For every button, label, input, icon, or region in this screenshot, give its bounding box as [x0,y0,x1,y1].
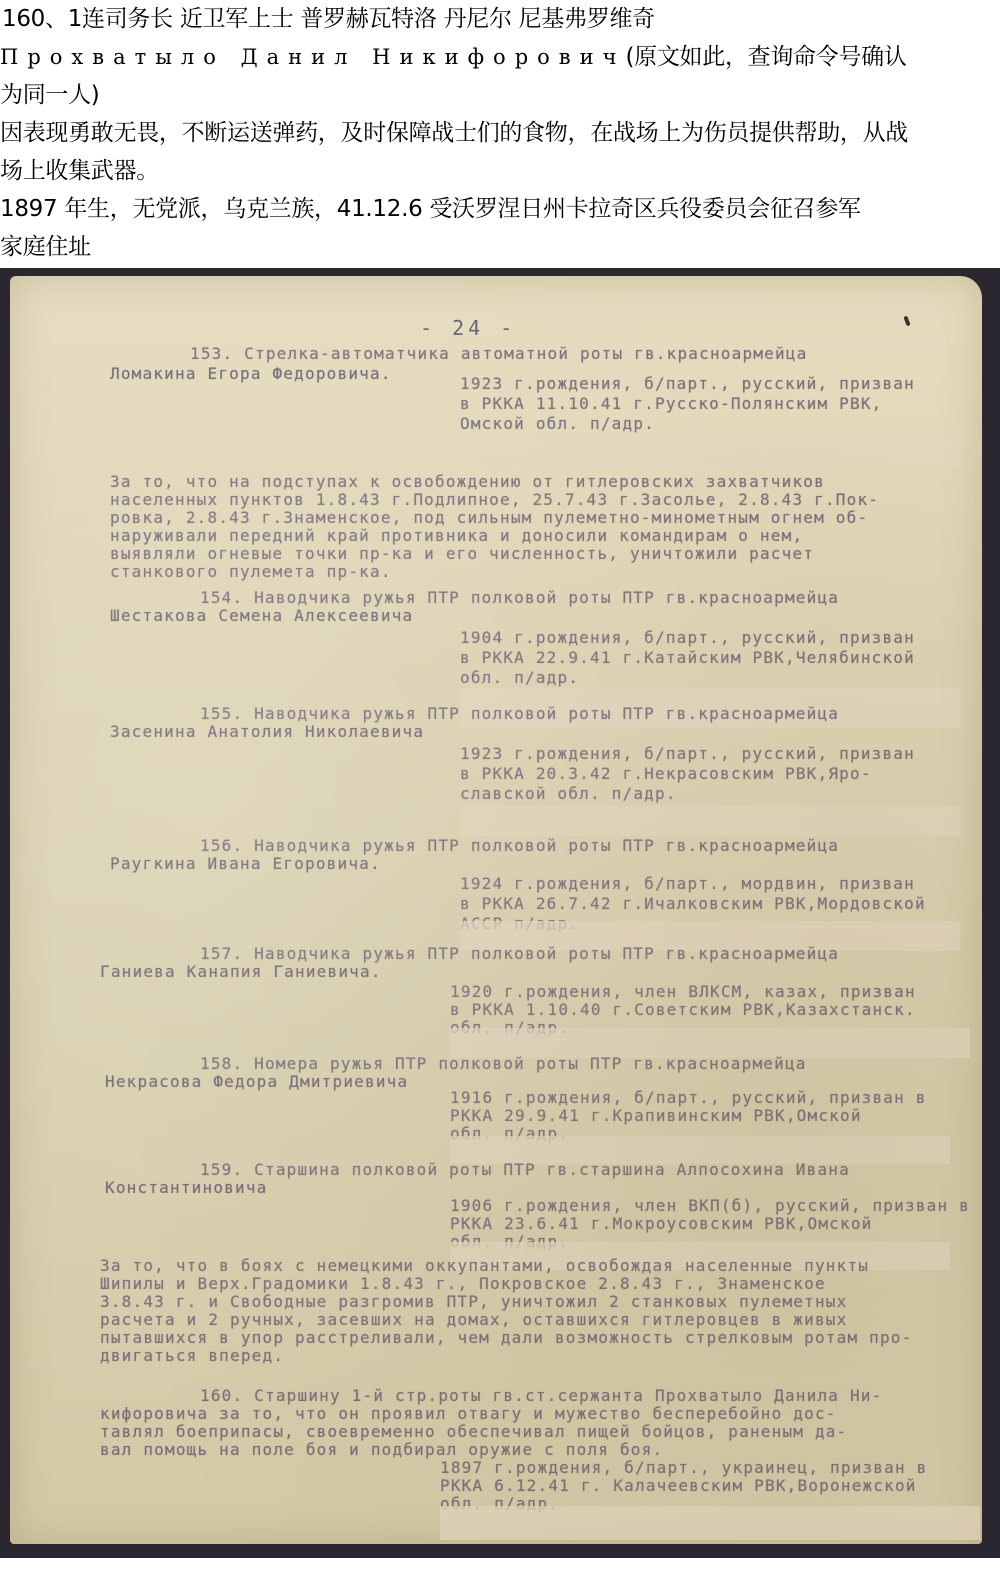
entry-name: Засенина Анатолия Николаевича [110,722,424,741]
entry-bio: 1916 г.рождения, б/парт., русский, призв… [450,1088,927,1107]
entry-bio: РККА 29.9.41 г.Крапивинским РВК,Омской [450,1106,862,1125]
page-number: - 24 - [420,316,516,340]
entry-bio: славской обл. п/адр. [460,784,677,803]
entry-bio: 1924 г.рождения, б/парт., мордвин, призв… [460,874,915,893]
redaction-band [460,806,960,836]
entry-bio: обл. п/адр. [450,1232,569,1251]
entry-title: 155. Наводчика ружья ПТР полковой роты П… [200,704,839,723]
header-note-continuation: 为同一人) [0,76,1000,114]
entry-bio: обл. п/адр. [440,1494,559,1513]
redaction-band [440,1506,980,1540]
entry-bio: обл. п/адр. [450,1124,569,1143]
entry-name: Ганиева Канапия Ганиевича. [100,962,382,981]
entry-bio: обл. п/адр. [460,668,579,687]
entry-bio: в РККА 11.10.41 г.Русско-Полянским РВК, [460,394,882,413]
entry-bio: 1920 г.рождения, член ВЛКСМ, казах, приз… [450,982,916,1001]
entry-bio: РККА 6.12.41 г. Калачеевским РВК,Воронеж… [440,1476,917,1495]
redaction-band [460,688,960,728]
citation-line: двигаться вперед. [100,1346,284,1365]
redaction-band [460,436,960,466]
header-bio-line: 1897 年生，无党派，乌克兰族，41.12.6 受沃罗涅日州卡拉奇区兵役委员会… [0,190,1000,228]
header-citation-line: 因表现勇敢无畏，不断运送弹药，及时保障战士们的食物，在战场上为伤员提供帮助，从战 [0,114,1000,152]
citation-line: станкового пулемета пр-ка. [110,562,392,581]
entry-name: Ломакина Егора Федоровича. [110,364,392,383]
citation-line: 3.8.43 г. и Свободные разгромив ПТР, уни… [100,1292,847,1311]
header-title-line: 160、1连司务长 近卫军上士 普罗赫瓦特洛 丹尼尔 尼基弗罗维奇 [0,0,1000,38]
entry-bio: 1897 г.рождения, б/парт., украинец, приз… [440,1458,927,1477]
entry-bio: 1906 г.рождения, член ВКП(б), русский, п… [450,1196,970,1215]
entry-name: Константиновича [105,1178,268,1197]
citation-line: наруживали передний край противника и до… [110,526,803,545]
paper-page: - 24 - 153. Стрелка-автоматчика автоматн… [10,276,982,1544]
citation-line: Шипилы и Верх.Градомики 1.8.43 г., Покро… [100,1274,826,1293]
entry-title: 159. Старшина полковой роты ПТР гв.старш… [200,1160,850,1179]
redaction-band [450,1242,950,1270]
citation-line: вал помощь на поле боя и подбирал оружие… [100,1440,663,1459]
entry-title: 158. Номера ружья ПТР полковой роты ПТР … [200,1054,807,1073]
entry-title: 157. Наводчика ружья ПТР полковой роты П… [200,944,839,963]
scanned-document: - 24 - 153. Стрелка-автоматчика автоматн… [0,268,1000,1558]
name-note: (原文如此，查询命令号确认 [625,44,906,70]
citation-line: пытавшихся в упор расстреливали, чем дал… [100,1328,912,1347]
entry-bio: обл. п/адр. [450,1018,569,1037]
entry-bio: АССР п/адр. [460,914,579,933]
header-citation-continuation: 场上收集武器。 [0,152,1000,190]
entry-title: 156. Наводчика ружья ПТР полковой роты П… [200,836,839,855]
entry-bio: Омской обл. п/адр. [460,414,655,433]
header-name-line: Прохватыло Данил Никифорович(原文如此，查询命令号确… [0,38,1000,76]
translation-header: 160、1连司务长 近卫军上士 普罗赫瓦特洛 丹尼尔 尼基弗罗维奇 Прохва… [0,0,1000,266]
entry-name: Раугкина Ивана Егоровича. [110,854,381,873]
entry-title-highlighted: 160. Старшину 1-й стр.роты гв.ст.сержант… [200,1386,882,1405]
header-address-label: 家庭住址 [0,228,1000,266]
entry-name: Некрасова Федора Дмитриевича [105,1072,408,1091]
redaction-band [450,1028,970,1058]
entry-bio: 1923 г.рождения, б/парт., русский, призв… [460,744,915,763]
entry-title: 154. Наводчика ружья ПТР полковой роты П… [200,588,839,607]
entry-bio: в РККА 1.10.40 г.Советским РВК,Казахстан… [450,1000,916,1019]
citation-line: тавлял боеприпасы, своевременно обеспечи… [100,1422,847,1441]
redaction-band [460,921,960,951]
citation-line: За то, что на подступах к освобождению о… [110,472,825,491]
citation-line: расчета и 2 ручных, засевших на домах, о… [100,1310,847,1329]
entry-name: Шестакова Семена Алексеевича [110,606,413,625]
citation-line: населенных пунктов 1.8.43 г.Подлипное, 2… [110,490,879,509]
citation-line: За то, что в боях с немецкими оккупантам… [100,1256,869,1275]
entry-bio: РККА 23.6.41 г.Мокроусовским РВК,Омской [450,1214,872,1233]
entry-bio: 1923 г.рождения, б/парт., русский, призв… [460,374,915,393]
entry-bio: в РККА 26.7.42 г.Ичалковским РВК,Мордовс… [460,894,926,913]
entry-bio: в РККА 22.9.41 г.Катайским РВК,Челябинск… [460,648,915,667]
entry-title: 153. Стрелка-автоматчика автоматной роты… [190,344,807,363]
citation-line: выявляли огневые точки пр-ка и его числе… [110,544,814,563]
citation-line: ровка, 2.8.43 г.Знаменское, под сильным … [110,508,868,527]
entry-bio: в РККА 20.3.42 г.Некрасовским РВК,Яро- [460,764,872,783]
paper-speck [903,316,910,327]
cyrillic-name: Прохватыло Данил Никифорович [0,45,625,69]
citation-line: кифоровича за то, что он проявил отвагу … [100,1404,837,1423]
entry-bio: 1904 г.рождения, б/парт., русский, призв… [460,628,915,647]
redaction-band [450,1136,950,1164]
